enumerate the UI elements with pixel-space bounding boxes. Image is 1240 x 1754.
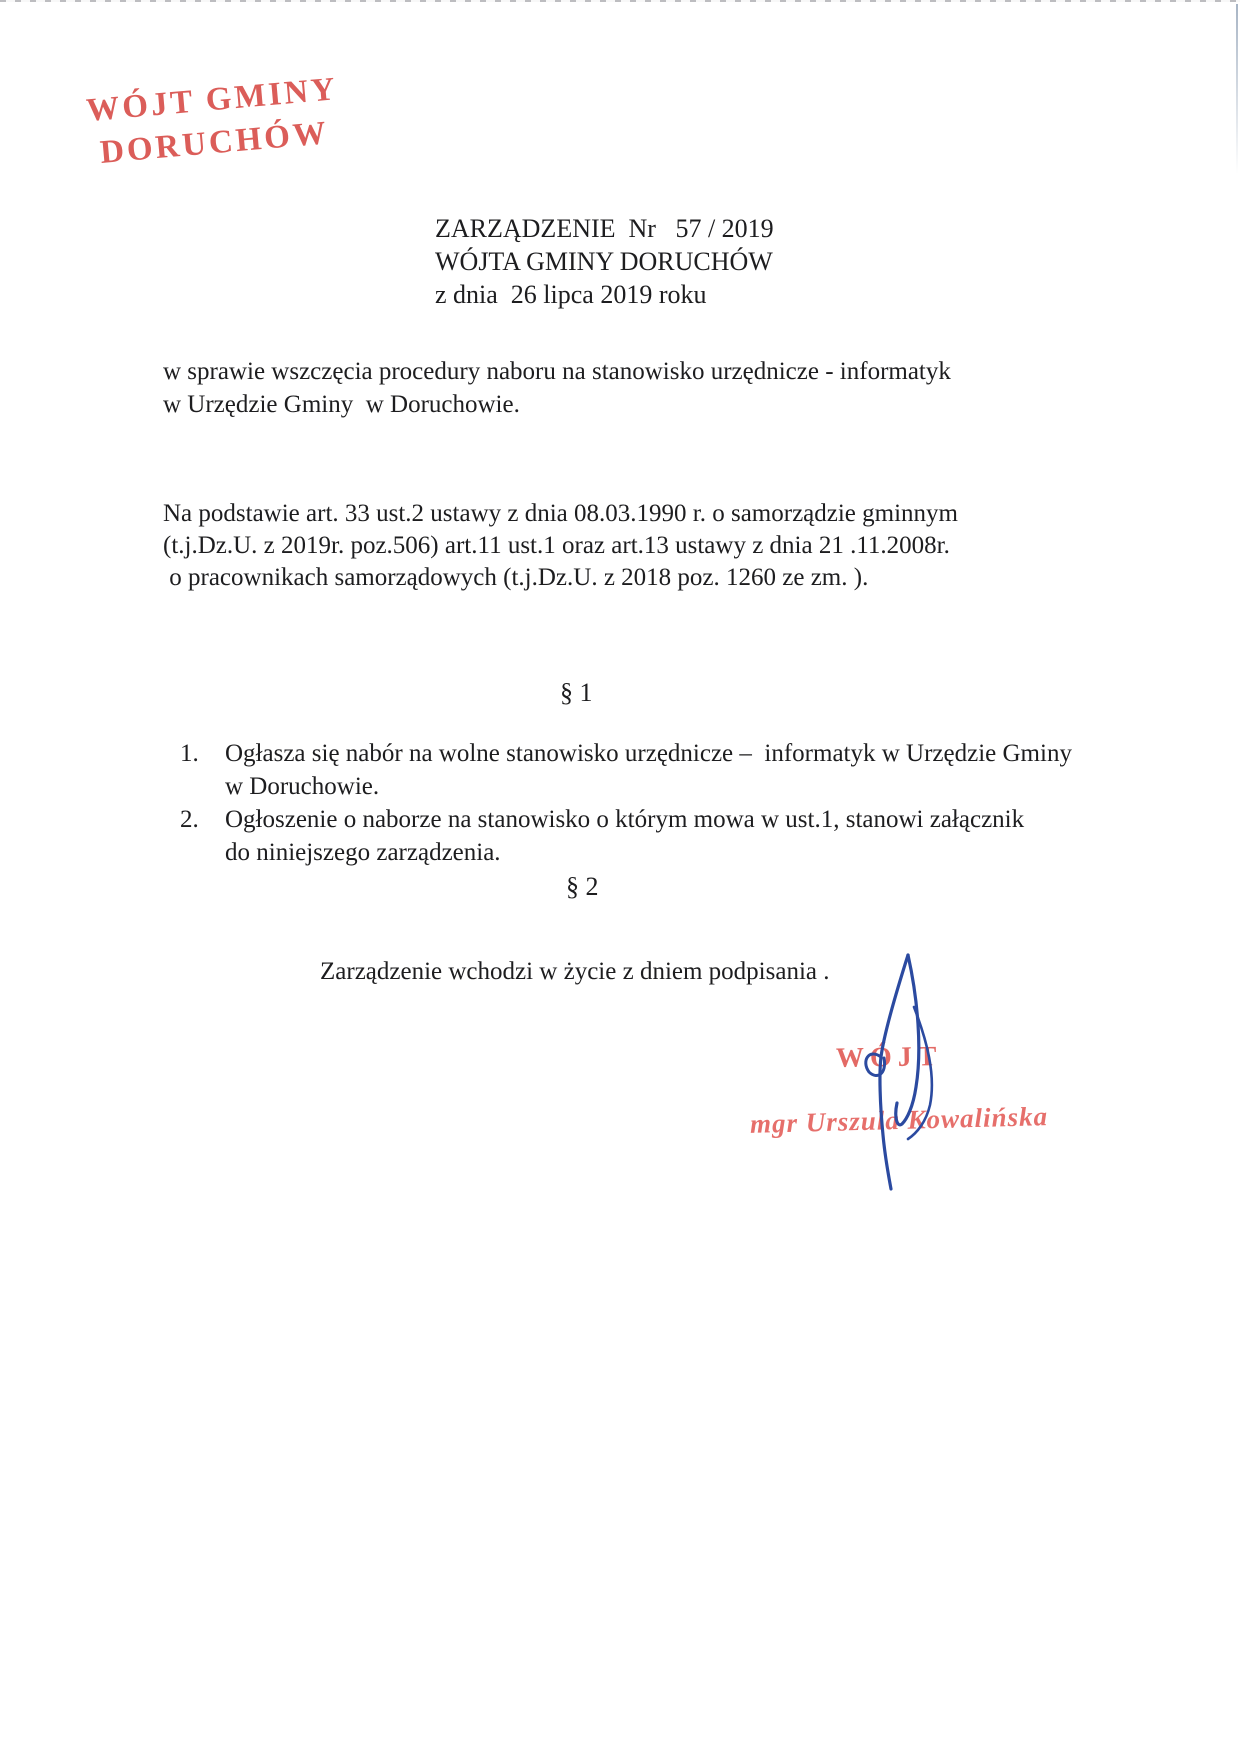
scan-artifact-top-edge	[0, 0, 1240, 2]
list-item: 2. Ogłoszenie o naborze na stanowisko o …	[180, 803, 1072, 869]
list-item-text-line: w Doruchowie.	[225, 770, 1072, 803]
list-item-text-line: Ogłoszenie o naborze na stanowisko o któ…	[225, 803, 1024, 836]
office-stamp: WÓJT GMINY DORUCHÓW	[85, 71, 343, 173]
closing-sentence: Zarządzenie wchodzi w życie z dniem podp…	[320, 958, 830, 986]
document-page: WÓJT GMINY DORUCHÓW ZARZĄDZENIE Nr 57 / …	[0, 0, 1240, 1754]
list-item-number: 1.	[180, 737, 225, 803]
subject-line-1: w sprawie wszczęcia procedury naboru na …	[163, 355, 951, 388]
document-title: ZARZĄDZENIE Nr 57 / 2019 WÓJTA GMINY DOR…	[435, 212, 774, 311]
title-ordinance-number: ZARZĄDZENIE Nr 57 / 2019	[435, 212, 774, 245]
list-item-text-line: do niniejszego zarządzenia.	[225, 836, 1024, 869]
legal-basis-line-1: Na podstawie art. 33 ust.2 ustawy z dnia…	[163, 498, 958, 530]
legal-basis-line-2: (t.j.Dz.U. z 2019r. poz.506) art.11 ust.…	[163, 530, 958, 562]
section-1-heading: § 1	[560, 678, 593, 708]
title-issuer: WÓJTA GMINY DORUCHÓW	[435, 245, 774, 278]
legal-basis-line-3: o pracownikach samorządowych (t.j.Dz.U. …	[163, 562, 958, 594]
title-date: z dnia 26 lipca 2019 roku	[435, 278, 774, 311]
ordered-list: 1. Ogłasza się nabór na wolne stanowisko…	[180, 737, 1072, 869]
list-item-text: Ogłasza się nabór na wolne stanowisko ur…	[225, 737, 1072, 803]
list-item-number: 2.	[180, 803, 225, 869]
list-item-text-line: Ogłasza się nabór na wolne stanowisko ur…	[225, 737, 1072, 770]
subject-line-2: w Urzędzie Gminy w Doruchowie.	[163, 388, 951, 421]
subject-paragraph: w sprawie wszczęcia procedury naboru na …	[163, 355, 951, 421]
legal-basis-paragraph: Na podstawie art. 33 ust.2 ustawy z dnia…	[163, 498, 958, 594]
scan-artifact-right-edge	[1236, 4, 1238, 174]
list-item-text: Ogłoszenie o naborze na stanowisko o któ…	[225, 803, 1024, 869]
list-item: 1. Ogłasza się nabór na wolne stanowisko…	[180, 737, 1072, 803]
section-2-heading: § 2	[566, 872, 599, 902]
handwritten-signature-ink	[842, 945, 962, 1205]
